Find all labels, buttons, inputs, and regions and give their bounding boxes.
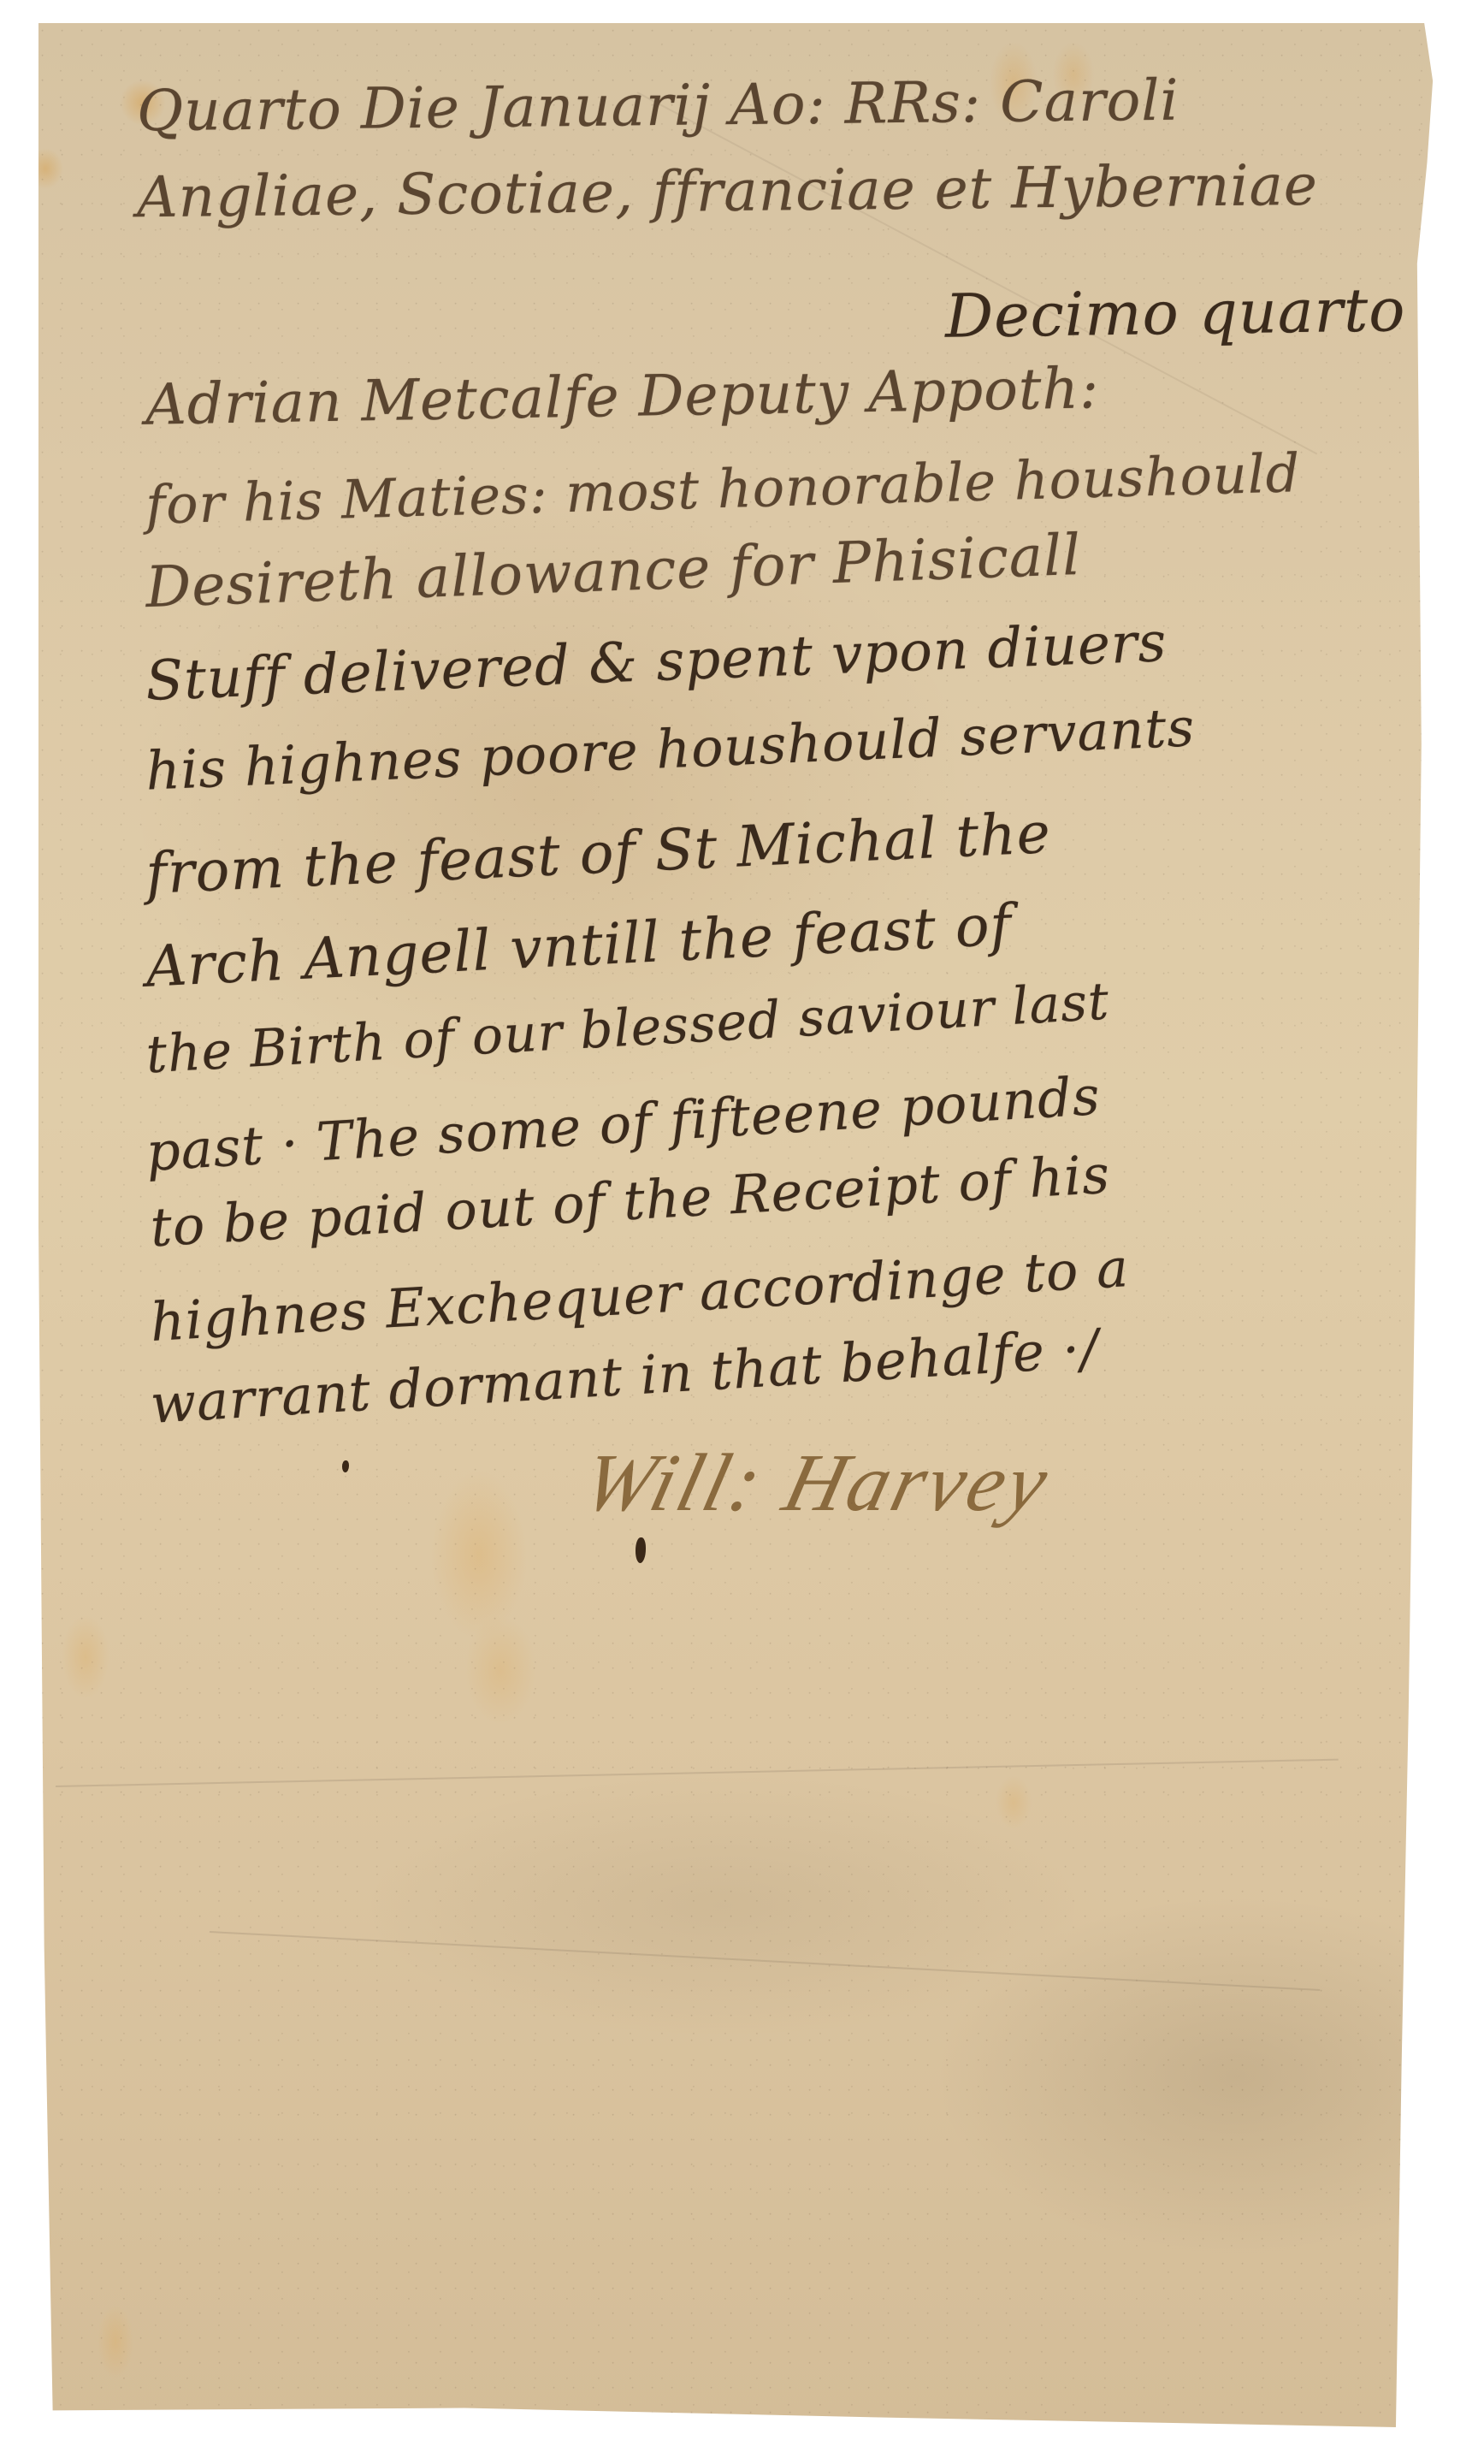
manuscript-line-1: Quarto Die Januarij Ao: RRs: Caroli bbox=[137, 68, 1180, 145]
manuscript-line-2: Angliae, Scotiae, ffranciae et Hyberniae bbox=[137, 152, 1319, 230]
manuscript-line-3: Decimo quarto bbox=[944, 275, 1405, 352]
ink-blot bbox=[342, 1460, 349, 1472]
manuscript-text: Quarto Die Januarij Ao: RRs: Caroli Angl… bbox=[38, 23, 1458, 2427]
manuscript-line-8: his highnes poore houshould servants bbox=[145, 696, 1196, 802]
manuscript-line-9: from the feast of St Michal the bbox=[145, 800, 1052, 907]
manuscript-line-5: for his Maties: most honorable houshould bbox=[145, 441, 1301, 536]
manuscript-line-7: Stuff delivered & spent vpon diuers bbox=[145, 611, 1168, 714]
ink-blot bbox=[636, 1537, 646, 1563]
manuscript-line-4: Adrian Metcalfe Deputy Appoth: bbox=[145, 355, 1099, 437]
signature: Will: Harvey bbox=[574, 1435, 1061, 1530]
manuscript-paper: Quarto Die Januarij Ao: RRs: Caroli Angl… bbox=[38, 23, 1458, 2427]
manuscript-line-6: Desireth allowance for Phisicall bbox=[145, 522, 1082, 620]
